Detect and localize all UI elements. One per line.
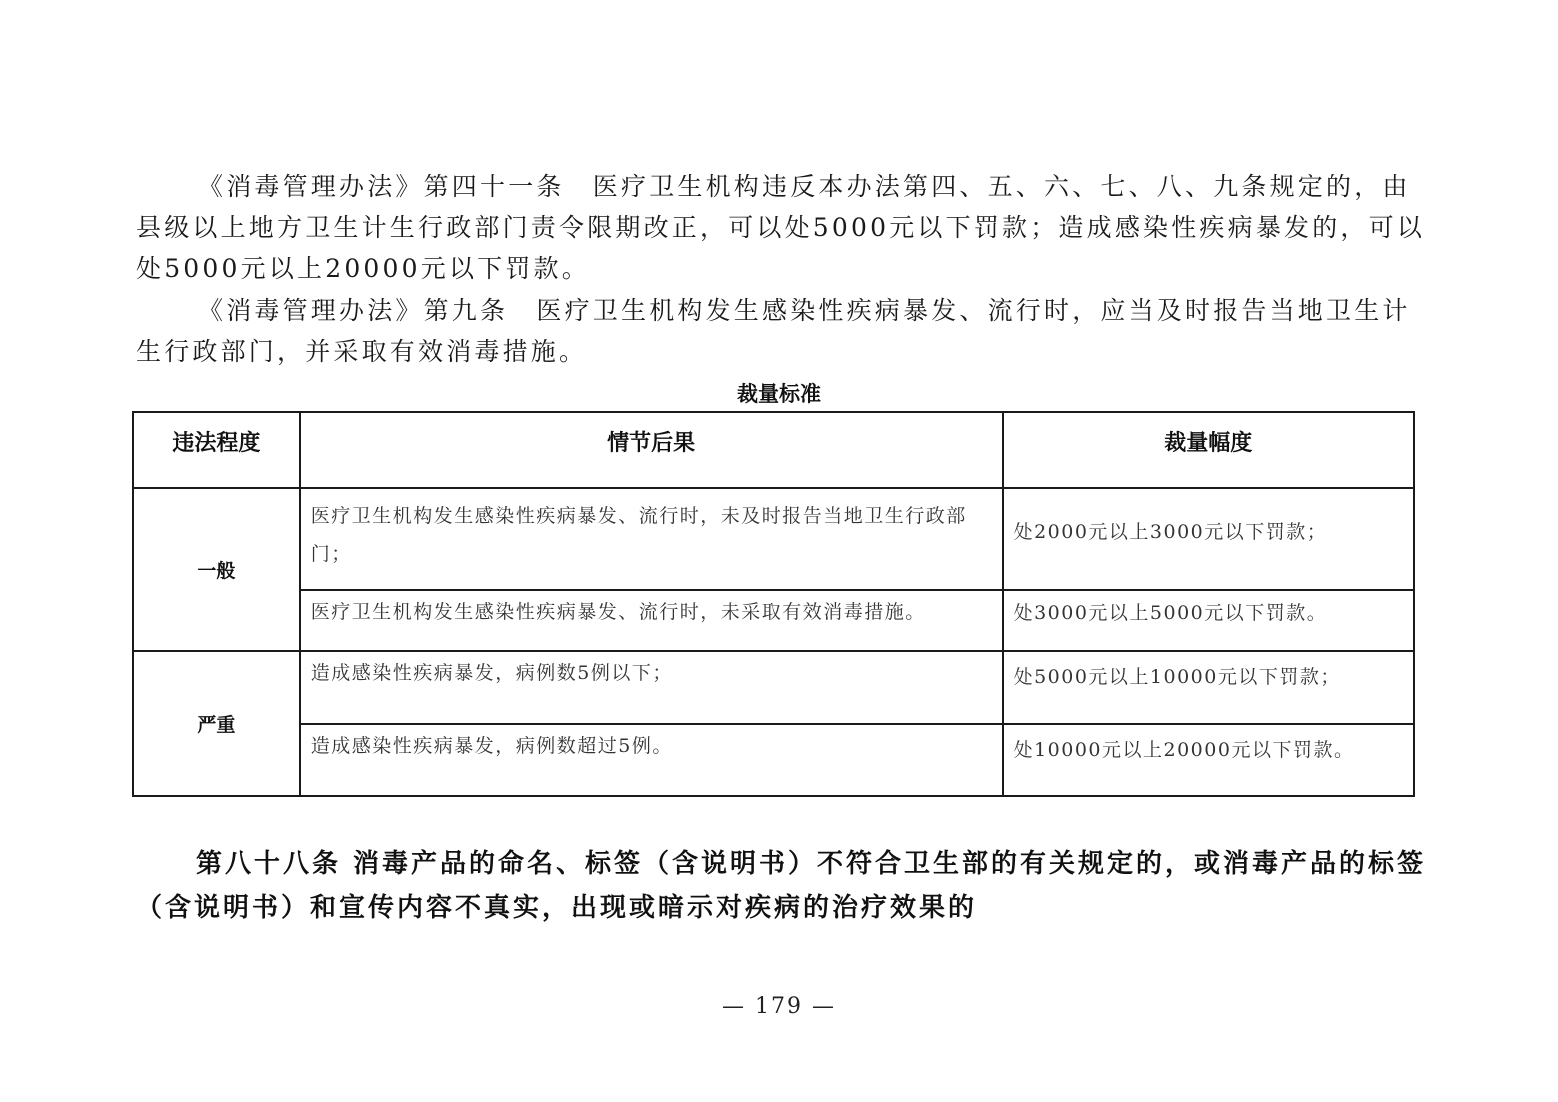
penalty-cell: 处3000元以上5000元以下罚款。 [1003, 590, 1414, 651]
circumstance-cell: 造成感染性疾病暴发，病例数超过5例。 [300, 724, 1003, 796]
circumstance-cell: 医疗卫生机构发生感染性疾病暴发、流行时，未及时报告当地卫生行政部门； [300, 488, 1003, 590]
table-row: 医疗卫生机构发生感染性疾病暴发、流行时，未采取有效消毒措施。 处3000元以上5… [133, 590, 1414, 651]
discretion-standard-table: 违法程度 情节后果 裁量幅度 一般 医疗卫生机构发生感染性疾病暴发、流行时，未及… [132, 411, 1415, 797]
paragraph-article-41: 《消毒管理办法》第四十一条 医疗卫生机构违反本办法第四、五、六、七、八、九条规定… [136, 166, 1426, 289]
page-number: — 179 — [0, 994, 1558, 1019]
penalty-cell: 处2000元以上3000元以下罚款； [1003, 488, 1414, 590]
header-penalty-range: 裁量幅度 [1003, 412, 1414, 488]
circumstance-cell: 造成感染性疾病暴发，病例数5例以下； [300, 651, 1003, 724]
paragraph-text: 《消毒管理办法》第九条 医疗卫生机构发生感染性疾病暴发、流行时，应当及时报告当地… [136, 296, 1411, 366]
paragraph-article-88: 第八十八条 消毒产品的命名、标签（含说明书）不符合卫生部的有关规定的，或消毒产品… [136, 842, 1431, 930]
header-violation-level: 违法程度 [133, 412, 300, 488]
level-general: 一般 [133, 488, 300, 651]
header-circumstance: 情节后果 [300, 412, 1003, 488]
table-header-row: 违法程度 情节后果 裁量幅度 [133, 412, 1414, 488]
level-serious: 严重 [133, 651, 300, 796]
penalty-cell: 处5000元以上10000元以下罚款； [1003, 651, 1414, 724]
table-row: 造成感染性疾病暴发，病例数超过5例。 处10000元以上20000元以下罚款。 [133, 724, 1414, 796]
paragraph-article-9: 《消毒管理办法》第九条 医疗卫生机构发生感染性疾病暴发、流行时，应当及时报告当地… [136, 290, 1426, 372]
table-row: 严重 造成感染性疾病暴发，病例数5例以下； 处5000元以上10000元以下罚款… [133, 651, 1414, 724]
table-row: 一般 医疗卫生机构发生感染性疾病暴发、流行时，未及时报告当地卫生行政部门； 处2… [133, 488, 1414, 590]
table-caption: 裁量标准 [0, 378, 1558, 408]
paragraph-text: 《消毒管理办法》第四十一条 医疗卫生机构违反本办法第四、五、六、七、八、九条规定… [136, 172, 1425, 283]
circumstance-cell: 医疗卫生机构发生感染性疾病暴发、流行时，未采取有效消毒措施。 [300, 590, 1003, 651]
penalty-cell: 处10000元以上20000元以下罚款。 [1003, 724, 1414, 796]
paragraph-text: 第八十八条 消毒产品的命名、标签（含说明书）不符合卫生部的有关规定的，或消毒产品… [136, 849, 1426, 923]
